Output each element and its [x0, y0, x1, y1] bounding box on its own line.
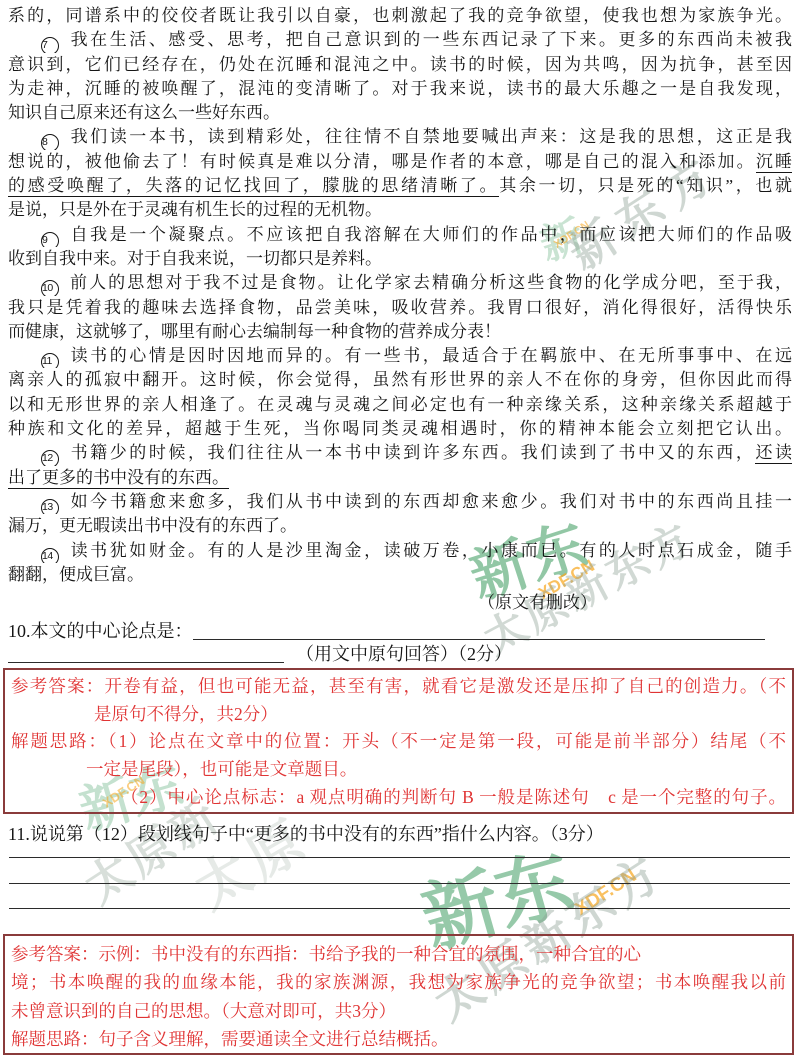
paragraph-number: 14	[41, 548, 59, 563]
paragraph-number: 8	[41, 134, 59, 149]
text-line: 我只是凭着我的趣味去选择食物，品尝美味，吸收营养。我胃口很好，消化得很好，活得快…	[8, 296, 792, 320]
text-line: 是说，只是外在于灵魂有机生长的过程的无机物。	[8, 198, 792, 222]
text-line: 13如今书籍愈来愈多，我们从书中读到的东西却愈来愈少。我们对书中的东西尚且挂一	[8, 490, 792, 514]
text-line: 的感受唤醒了，失落的记忆找回了，朦胧的思绪清晰了。其余一切，只是死的“知识”，也…	[8, 174, 792, 198]
answer-blank-line	[193, 639, 766, 640]
question-10: 10.本文的中心论点是： （用文中原句回答）（2分）	[8, 620, 792, 666]
brand-domain-text: XDF.CN	[572, 865, 642, 921]
answer-text-line: 一定是尾段），也可能是文章题目。	[11, 756, 786, 784]
answer-text-line: 境；书本唤醒的我的血缘本能，我的家族渊源，我想为家族争光的竞争欲望；书本唤醒我以…	[11, 968, 786, 996]
text-line: 想说的，被他偷去了！有时候真是难以分清，哪是作者的本意，哪是自己的混入和添加。沉…	[8, 150, 792, 174]
article-body: 系的，同谱系中的佼佼者既让我引以自豪，也刺激起了我的竞争欲望，使我也想为家族争光…	[8, 4, 792, 616]
exam-page: 新 XDF.CN 新东方 新东 XDF.CN 太原新东方 新东 XDF.CN 太…	[0, 0, 800, 1060]
question-10-hint: （用文中原句回答）（2分）	[296, 643, 512, 666]
paragraph-number: 10	[41, 280, 59, 295]
text-line: 意识到，它们已经存在，仍处在沉睡和混沌之中。读书的时候，因为共鸣，因为抗争，甚至…	[8, 53, 792, 77]
answer-ruled-line	[9, 883, 790, 884]
answer-ruled-line	[9, 857, 790, 858]
text-line: 以和无形世界的亲人相逢了。在灵魂与灵魂之间必定也有一种亲缘关系，这种亲缘关系超越…	[8, 393, 792, 417]
source-note: （原文有删改）	[8, 590, 792, 616]
answer-text-line: 参考答案：开卷有益，但也可能无益，甚至有害，就看它是激发还是压抑了自己的创造力。…	[11, 673, 786, 701]
answer-ruled-line	[9, 908, 790, 909]
question-10-label: 10.本文的中心论点是：	[8, 620, 193, 643]
answer-text-line: 参考答案：示例：书中没有的东西指：书给予我的一种合宜的氛围，一种合宜的心	[11, 940, 786, 968]
question-11: 11.说说第（12）段划线句子中“更多的书中没有的东西”指什么内容。（3分）	[8, 821, 792, 847]
answer-text-line: 是原句不得分，共2分）	[11, 701, 786, 729]
paragraph-number: 12	[41, 450, 59, 465]
reference-answer-box-q11: 参考答案：示例：书中没有的东西指：书给予我的一种合宜的氛围，一种合宜的心境；书本…	[3, 934, 794, 1055]
text-line: 知识自己原来还有这么一些好东西。	[8, 101, 792, 125]
text-line: 7我在生活、感受、思考，把自己意识到的一些东西记录了下来。更多的东西尚未被我	[8, 28, 792, 52]
text-line: 11读书的心情是因时因地而异的。有一些书，最适合于在羁旅中、在无所事事中、在远	[8, 344, 792, 368]
text-line: 8我们读一本书，读到精彩处，往往情不自禁地要喊出声来：这是我的思想，这正是我	[8, 125, 792, 149]
answer-blank-line	[8, 662, 284, 663]
paragraph-number: 7	[41, 37, 59, 52]
paragraph-number: 13	[41, 499, 59, 514]
text-line: 出了更多的书中没有的东西。	[8, 466, 792, 490]
article-lines: 系的，同谱系中的佼佼者既让我引以自豪，也刺激起了我的竞争欲望，使我也想为家族争光…	[8, 4, 792, 587]
answer-text-line: 解题思路：（1）论点在文章中的位置：开头（不一定是第一段，可能是前半部分）结尾（…	[11, 728, 786, 756]
text-line: 翻翻，便成巨富。	[8, 563, 792, 587]
answer-text-line: 解题思路：句子含义理解，需要通读全文进行总结概括。	[11, 1025, 786, 1053]
text-line: 离亲人的孤寂中翻开。这时候，你会觉得，虽然有形世界的亲人不在你的身旁，但你因此而…	[8, 368, 792, 392]
city-brand-watermark: 太原	[179, 797, 321, 924]
text-line: 10前人的思想对于我不过是食物。让化学家去精确分析这些食物的化学成分吧，至于我，	[8, 271, 792, 295]
text-line: 为走神，沉睡的被唤醒了，混沌的变清晰了。对于我来说，读书的最大乐趣之一是自我发现…	[8, 77, 792, 101]
text-line: 种族和文化的差异，超越于生死，当你喝同类灵魂相遇时，你的精神本能会立刻把它认出。	[8, 417, 792, 441]
text-line: 系的，同谱系中的佼佼者既让我引以自豪，也刺激起了我的竞争欲望，使我也想为家族争光…	[8, 4, 792, 28]
paragraph-number: 11	[41, 353, 59, 368]
text-line: 收到自我中来。对于自我来说，一切都只是养料。	[8, 247, 792, 271]
reference-answer-box-q10: 参考答案：开卷有益，但也可能无益，甚至有害，就看它是激发还是压抑了自己的创造力。…	[3, 668, 794, 814]
answer-text-line: （2）中心论点标志：a 观点明确的判断句 B 一般是陈述句 c 是一个完整的句子…	[11, 784, 786, 812]
text-line: 12书籍少的时候，我们往往从一本书中读到许多东西。我们读到了书中又的东西，还读	[8, 441, 792, 465]
text-line: 漏万，更无暇读出书中没有的东西了。	[8, 514, 792, 538]
text-line: 14读书犹如财金。有的人是沙里淘金，读破万卷，小康而已。有的人时点石成金，随手	[8, 539, 792, 563]
text-line: 而健康，这就够了，哪里有耐心去编制每一种食物的营养成分表！	[8, 320, 792, 344]
text-line: 9自我是一个凝聚点。不应该把自我溶解在大师们的作品中，而应该把大师们的作品吸	[8, 223, 792, 247]
answer-text-line: 未曾意识到的自己的思想。（大意对即可，共3分）	[11, 997, 786, 1025]
paragraph-number: 9	[41, 232, 59, 247]
